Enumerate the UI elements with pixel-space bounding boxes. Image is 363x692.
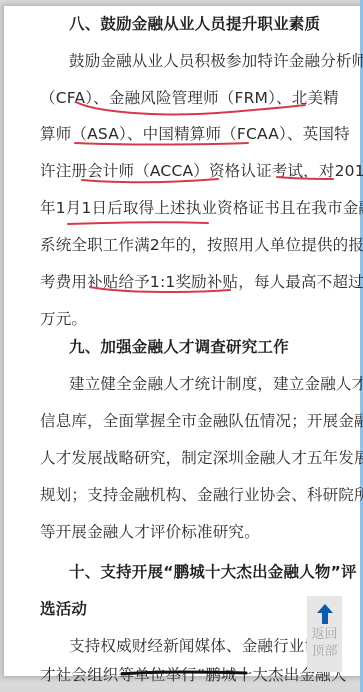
paragraph-line: 规划；支持金融机构、金融行业协会、科研院所 <box>40 483 363 505</box>
paragraph-line: 考费用补贴给予1:1奖励补贴，每人最高不超过5 <box>40 270 363 292</box>
back-to-top-button[interactable]: 返回 顶部 <box>307 596 342 672</box>
back-to-top-label-line2: 顶部 <box>311 643 337 660</box>
paragraph-line: 信息库，全面掌握全市金融队伍情况；开展金融 <box>40 409 363 431</box>
section-10-heading: 十、支持开展“鹏城十大杰出金融人物”评 <box>69 560 357 582</box>
paragraph-line: 才社会组织等单位举行“鹏城十大杰出金融人 <box>40 663 347 685</box>
back-to-top-label: 返回 顶部 <box>311 626 337 660</box>
paragraph-line: （CFA）、金融风险管理师（FRM）、北美精 <box>40 86 339 108</box>
paragraph-line: 算师（ASA）、中国精算师（FCAA）、英国特 <box>40 122 350 144</box>
paragraph-line: 系统全职工作满2年的，按照用人单位提供的报 <box>40 233 363 255</box>
paragraph-line: 万元。 <box>40 307 87 329</box>
section-8-heading: 八、鼓励金融从业人员提升职业素质 <box>69 12 320 34</box>
paragraph-line: 年1月1日后取得上述执业资格证书且在我市金融 <box>40 196 363 218</box>
paragraph-line: 建立健全金融人才统计制度，建立金融人才 <box>69 372 363 394</box>
paragraph-line: 许注册会计师（ACCA）资格认证考试，对2017 <box>40 159 363 181</box>
section-9-heading: 九、加强金融人才调查研究工作 <box>69 335 289 357</box>
paragraph-line: 鼓励金融从业人员积极参加特许金融分析师 <box>69 49 363 71</box>
paragraph-line: 人才发展战略研究，制定深圳金融人才五年发展 <box>40 446 363 468</box>
arrow-up-icon <box>317 604 333 624</box>
paragraph-line: 等开展金融人才评价标准研究。 <box>40 520 260 542</box>
section-10-heading-cont: 选活动 <box>40 597 87 619</box>
back-to-top-label-line1: 返回 <box>311 626 337 643</box>
